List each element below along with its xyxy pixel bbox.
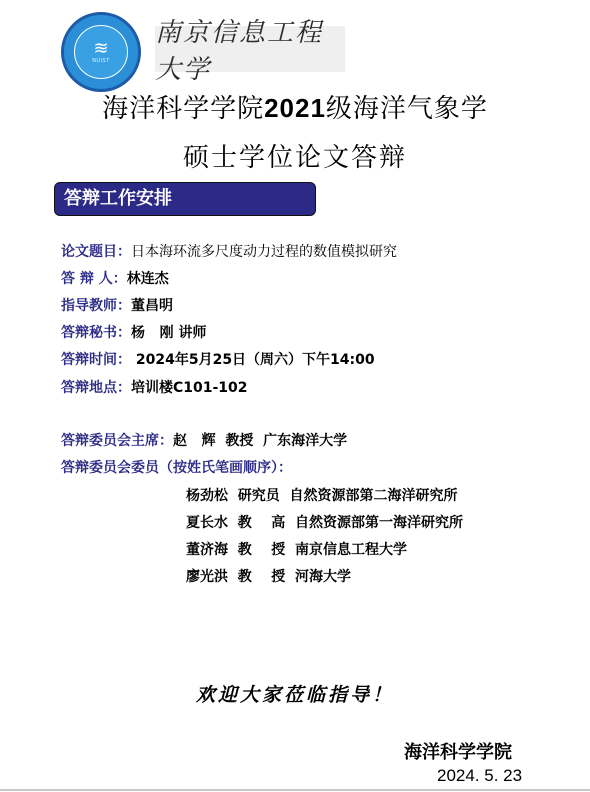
detail-value: 杨 刚 讲师: [131, 325, 207, 341]
committee-members-label-row: 答辩委员会委员（按姓氏笔画顺序）：: [61, 459, 292, 477]
school-logo: ≋ NUIST: [61, 12, 141, 92]
detail-value: 日本海环流多尺度动力过程的数值模拟研究: [131, 244, 397, 260]
detail-value: 培训楼C101-102: [131, 380, 248, 396]
issue-date: 2024. 5. 23: [437, 766, 522, 786]
detail-label: 答辩地点：: [61, 380, 131, 396]
committee-member: 董济海 教 授 南京信息工程大学: [186, 541, 407, 559]
wave-emblem-icon: ≋ NUIST: [74, 25, 128, 79]
committee-chair-row: 答辩委员会主席：赵 辉 教授 广东海洋大学: [61, 432, 347, 450]
page-title-line2: 硕士学位论文答辩: [0, 137, 590, 174]
detail-label: 答 辩 人：: [61, 271, 127, 287]
welcome-message: 欢迎大家莅临指导！: [0, 680, 590, 707]
detail-value: 董昌明: [131, 298, 173, 314]
detail-label: 指导教师：: [61, 298, 131, 314]
detail-row-thesis-title: 论文题目：日本海环流多尺度动力过程的数值模拟研究: [61, 243, 397, 261]
signer: 海洋科学学院: [404, 738, 512, 764]
detail-label: 论文题目：: [61, 244, 131, 260]
detail-label: 答辩秘书：: [61, 325, 131, 341]
page-bottom-divider: [0, 789, 590, 791]
detail-row-secretary: 答辩秘书：杨 刚 讲师: [61, 324, 207, 342]
detail-value: 林连杰: [127, 271, 169, 287]
detail-row-supervisor: 指导教师：董昌明: [61, 297, 173, 315]
chair-label: 答辩委员会主席：: [61, 433, 173, 449]
university-name-banner: 南京信息工程大学: [155, 26, 345, 72]
detail-row-time: 答辩时间： 2024年5月25日（周六）下午14:00: [61, 351, 375, 369]
detail-value: 2024年5月25日（周六）下午14:00: [131, 352, 375, 368]
title-year: 2021: [264, 93, 326, 123]
section-header: 答辩工作安排: [54, 182, 316, 216]
page-title-line1: 海洋科学学院2021级海洋气象学: [0, 88, 590, 125]
title-prefix: 海洋科学学院: [102, 94, 264, 124]
logo-text: NUIST: [92, 58, 110, 64]
title-suffix: 级海洋气象学: [326, 94, 488, 124]
detail-row-candidate: 答 辩 人：林连杰: [61, 270, 169, 288]
committee-member: 杨劲松 研究员 自然资源部第二海洋研究所: [186, 487, 458, 505]
detail-row-location: 答辩地点：培训楼C101-102: [61, 379, 248, 397]
chair-value: 赵 辉 教授 广东海洋大学: [173, 433, 347, 449]
members-label: 答辩委员会委员（按姓氏笔画顺序）：: [61, 460, 292, 476]
detail-label: 答辩时间：: [61, 352, 131, 368]
committee-member: 夏长水 教 高 自然资源部第一海洋研究所: [186, 514, 463, 532]
committee-member: 廖光洪 教 授 河海大学: [186, 568, 351, 586]
